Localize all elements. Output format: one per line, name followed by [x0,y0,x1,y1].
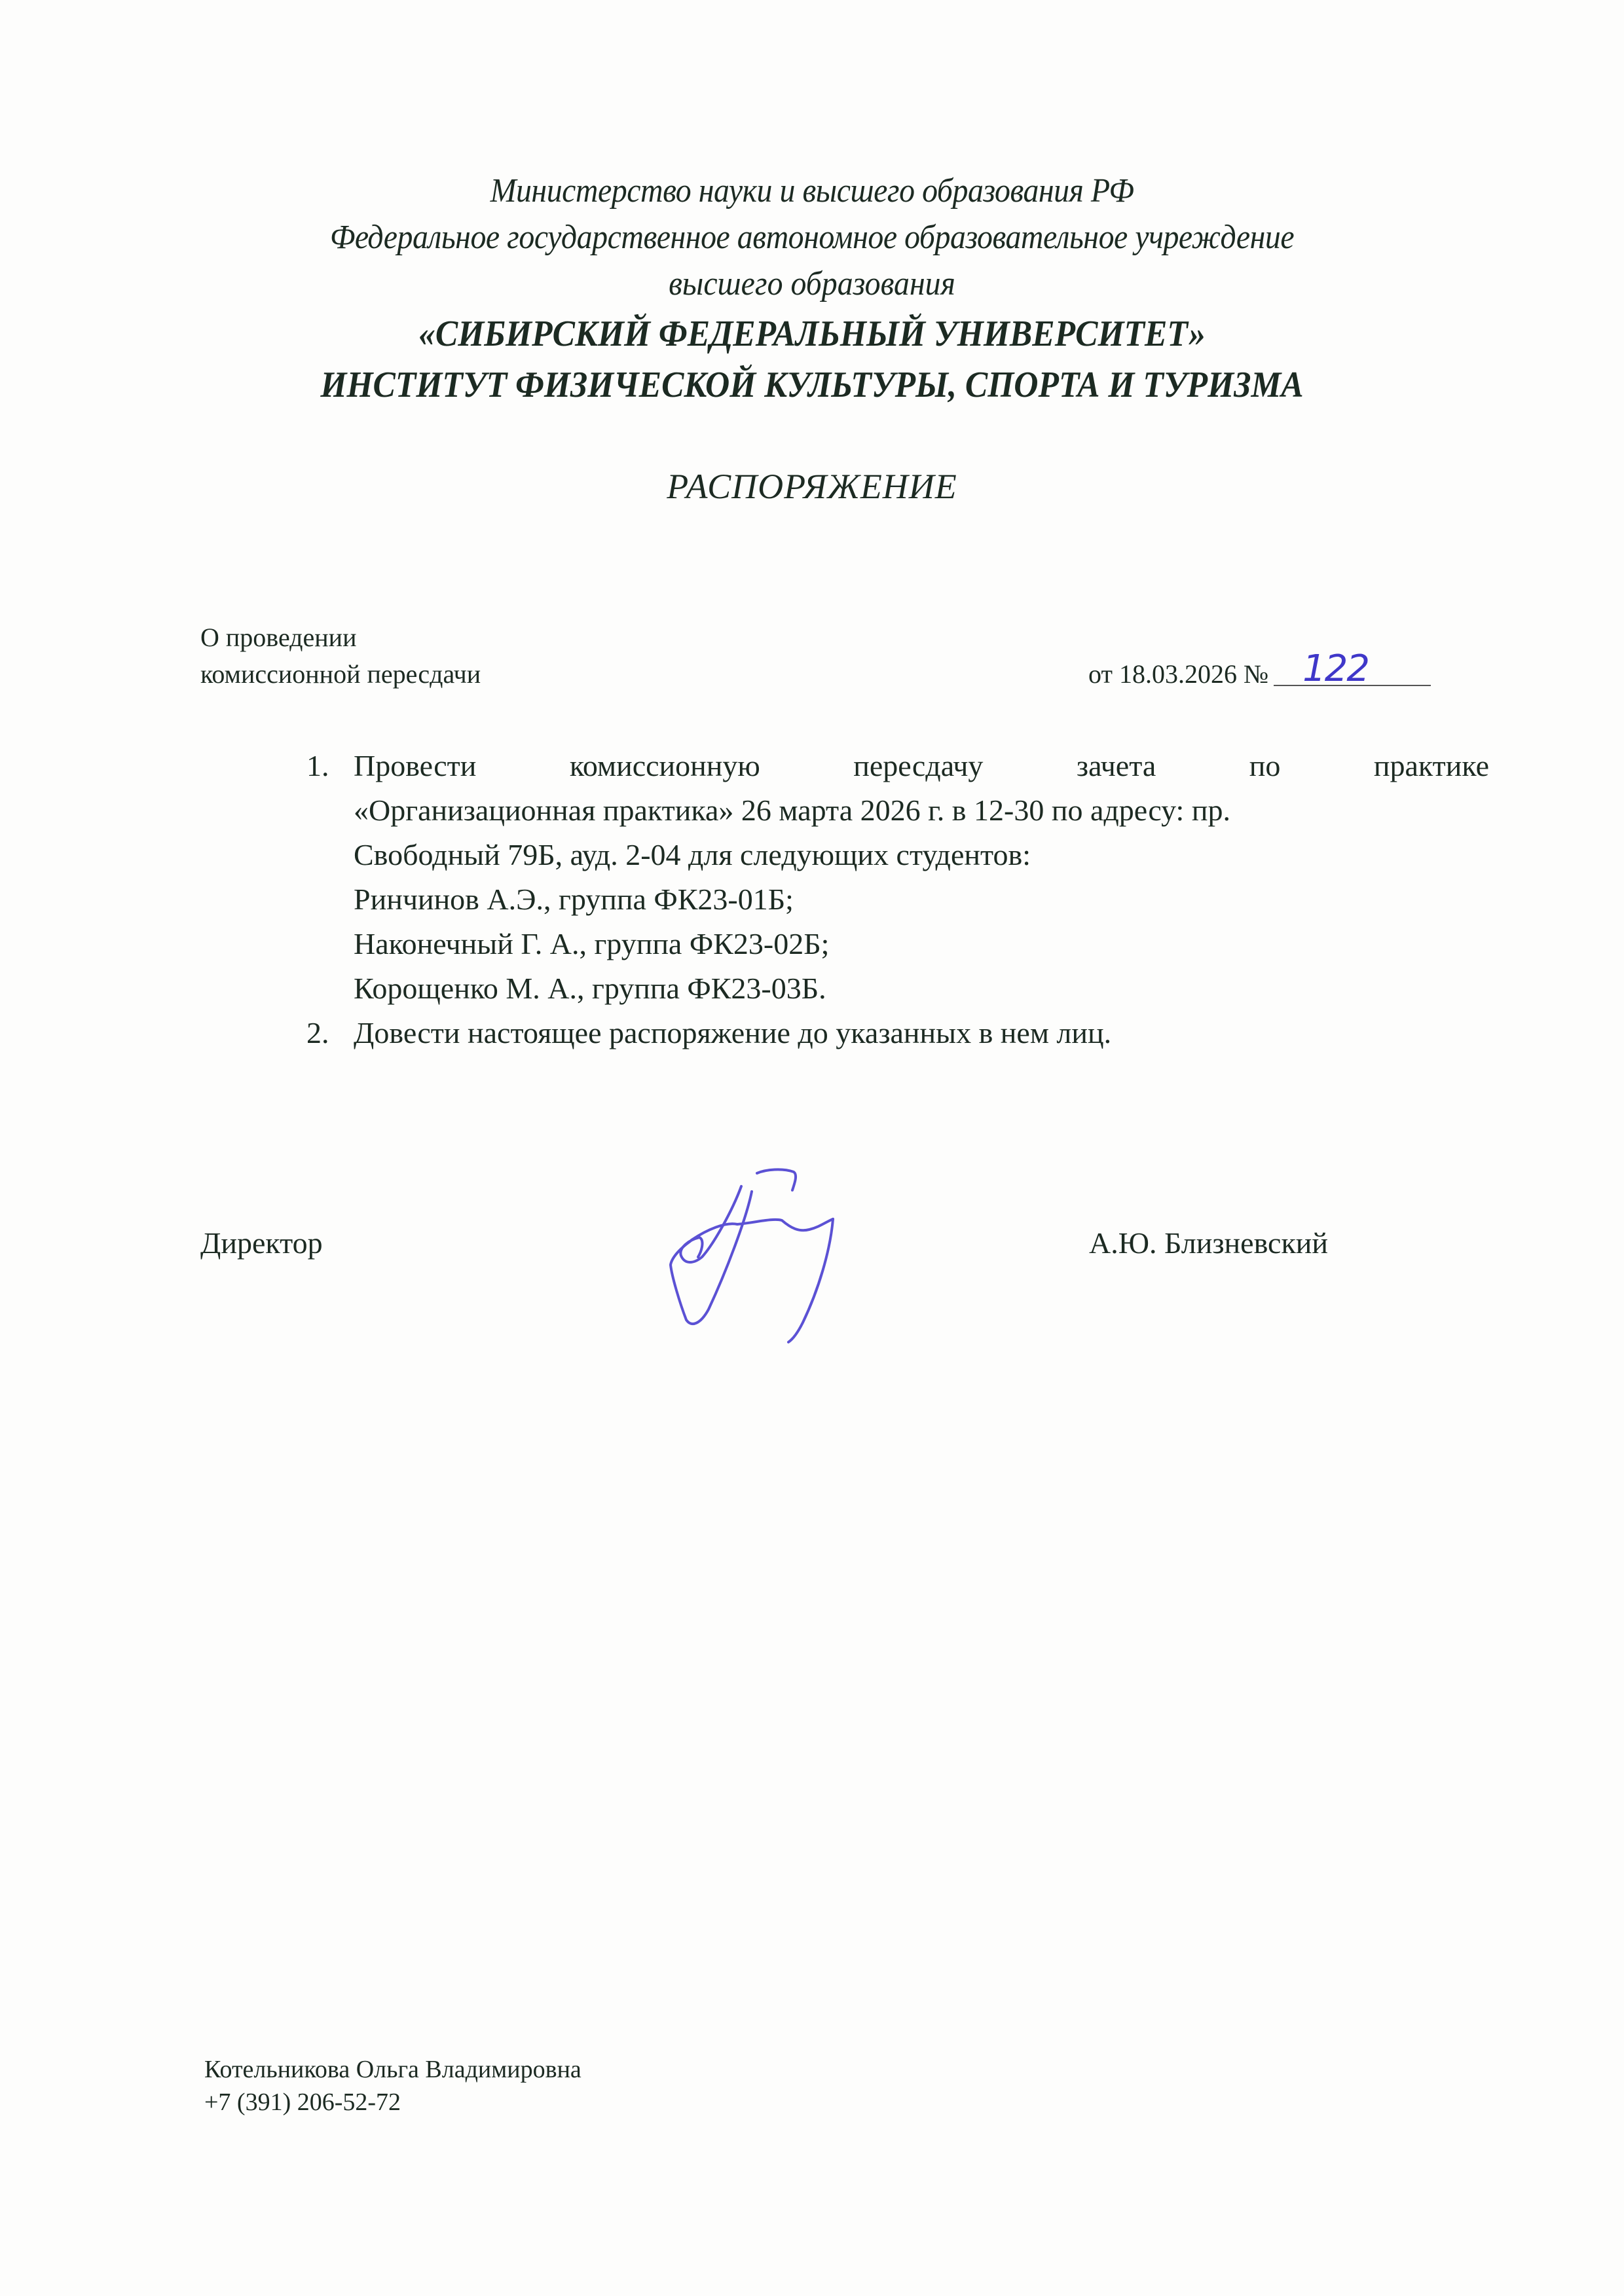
subject-line-1: О проведении [200,619,481,656]
students-list: Ринчинов А.Э., группа ФК23-01Б; Наконечн… [354,877,1489,1011]
order-item-2: 2. Довести настоящее распоряжение до ука… [306,1011,1489,1055]
institute-name: ИНСТИТУТ ФИЗИЧЕСКОЙ КУЛЬТУРЫ, СПОРТА И Т… [65,364,1559,406]
item-line: Провести комиссионную пересдачу зачета п… [354,744,1489,788]
executor-name: Котельникова Ольга Владимировна [204,2053,581,2086]
institution-type: Федеральное государственное автономное о… [65,218,1559,257]
handwritten-signature-icon [648,1152,858,1349]
document-subject: О проведении комиссионной пересдачи [200,619,481,693]
item-number: 1. [306,744,329,788]
order-item-1: 1. Провести комиссионную пересдачу зачет… [306,744,1489,1011]
signatory-name: А.Ю. Близневский [1089,1226,1328,1260]
item-text: Провести комиссионную пересдачу зачета п… [354,744,1489,1011]
item-line: «Организационная практика» 26 марта 2026… [354,788,1489,833]
student-entry: Наконечный Г. А., группа ФК23-02Б; [354,922,1489,966]
item-line: Довести настоящее распоряжение до указан… [354,1011,1489,1055]
executor-phone: +7 (391) 206-52-72 [204,2086,581,2119]
handwritten-document-number: 122 [1302,651,1369,687]
document-date-number: от 18.03.2026 №122 [1088,655,1431,693]
subject-line-2: комиссионной пересдачи [200,656,481,693]
document-type-title: РАСПОРЯЖЕНИЕ [0,466,1624,507]
student-entry: Корощенко М. А., группа ФК23-03Б. [354,966,1489,1011]
item-text: Довести настоящее распоряжение до указан… [354,1011,1489,1055]
executor-contact: Котельникова Ольга Владимировна +7 (391)… [204,2053,581,2119]
document-page: Министерство науки и высшего образования… [0,0,1624,2296]
item-line: Свободный 79Б, ауд. 2-04 для следующих с… [354,833,1489,877]
signatory-role: Директор [200,1226,323,1260]
ministry-name: Министерство науки и высшего образования… [65,172,1559,210]
document-number-field: 122 [1274,648,1431,686]
document-date: от 18.03.2026 № [1088,659,1268,689]
institution-type-continued: высшего образования [65,264,1559,303]
order-items-list: 1. Провести комиссионную пересдачу зачет… [306,744,1489,1055]
item-number: 2. [306,1011,329,1055]
university-name: «СИБИРСКИЙ ФЕДЕРАЛЬНЫЙ УНИВЕРСИТЕТ» [65,313,1559,355]
student-entry: Ринчинов А.Э., группа ФК23-01Б; [354,877,1489,922]
